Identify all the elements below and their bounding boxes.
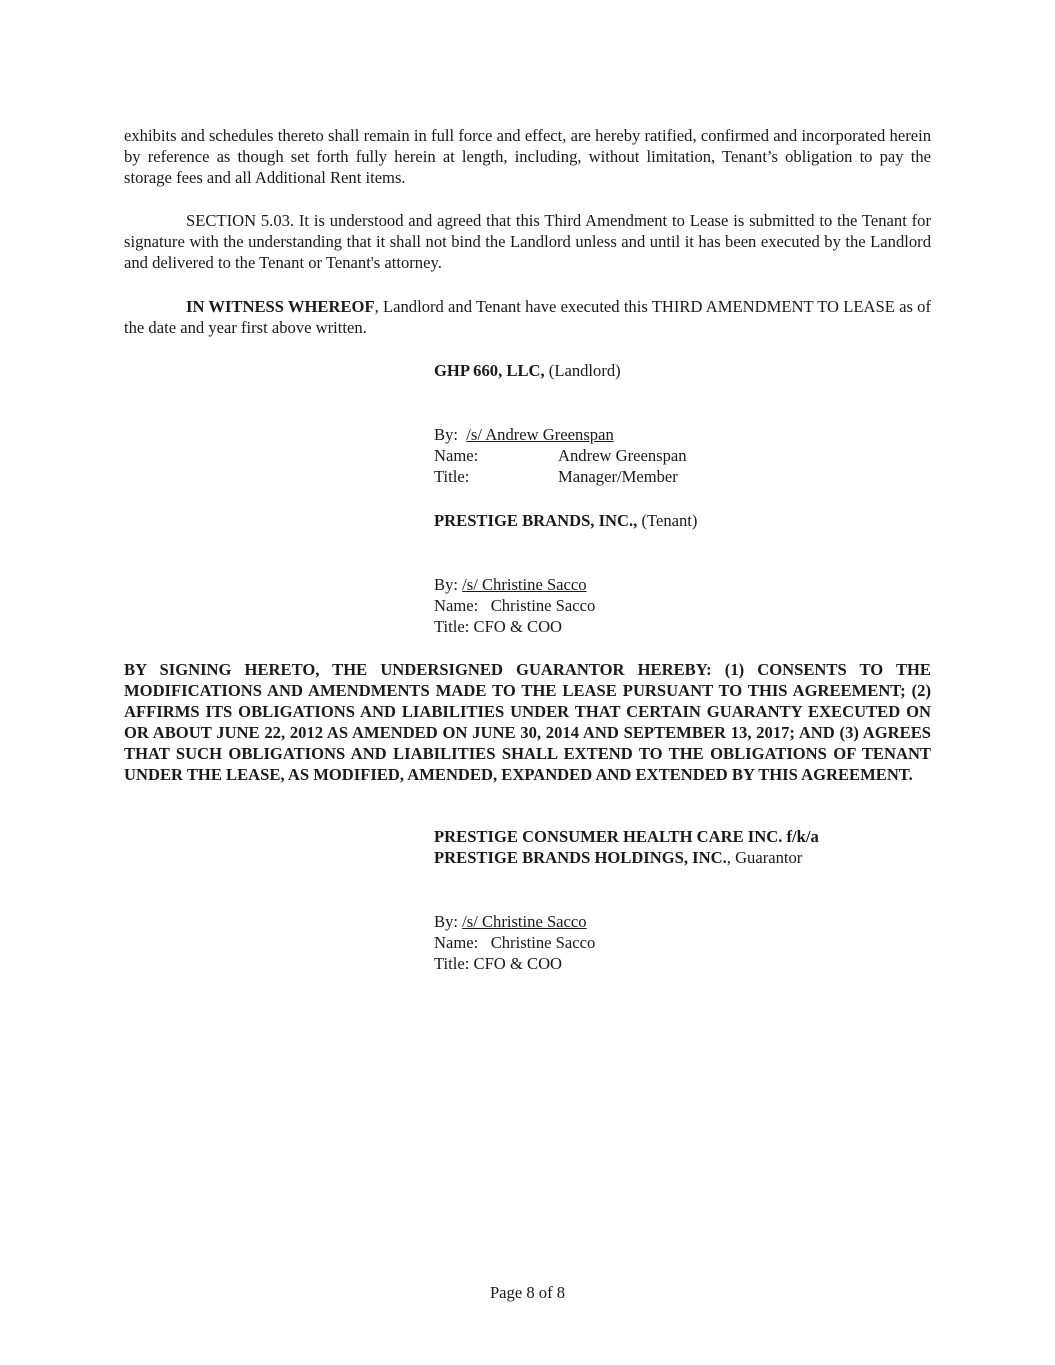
landlord-name-line: Name:Andrew Greenspan xyxy=(434,445,914,466)
witness-lead: IN WITNESS WHEREOF xyxy=(186,297,375,316)
tenant-by-label: By: xyxy=(434,575,458,594)
guarantor-signature: /s/ Christine Sacco xyxy=(462,912,586,931)
landlord-name-label: Name: xyxy=(434,445,558,466)
landlord-signature: /s/ Andrew Greenspan xyxy=(466,425,613,444)
guarantor-title-label: Title: xyxy=(434,954,469,973)
tenant-by-line: By: /s/ Christine Sacco xyxy=(434,574,914,595)
landlord-by-line: By: /s/ Andrew Greenspan xyxy=(434,424,914,445)
tenant-title-value: CFO & COO xyxy=(474,617,563,636)
guarantor-entity-line-1: PRESTIGE CONSUMER HEALTH CARE INC. f/k/a xyxy=(434,826,914,847)
guarantor-role: , Guarantor xyxy=(727,848,803,867)
tenant-signature: /s/ Christine Sacco xyxy=(462,575,586,594)
guarantor-title-value: CFO & COO xyxy=(474,954,563,973)
guarantor-title-line: Title: CFO & COO xyxy=(434,953,914,974)
tenant-title-label: Title: xyxy=(434,617,469,636)
tenant-name-value: Christine Sacco xyxy=(491,596,596,615)
continuation-paragraph: exhibits and schedules thereto shall rem… xyxy=(124,125,931,188)
landlord-entity-line: GHP 660, LLC, (Landlord) xyxy=(434,360,914,381)
landlord-role: (Landlord) xyxy=(545,361,621,380)
guarantor-by-line: By: /s/ Christine Sacco xyxy=(434,911,914,932)
guarantor-entity-line-2: PRESTIGE BRANDS HOLDINGS, INC., Guaranto… xyxy=(434,847,914,868)
landlord-title-value: Manager/Member xyxy=(558,467,678,486)
guarantor-by-label: By: xyxy=(434,912,458,931)
guarantor-signature-block: PRESTIGE CONSUMER HEALTH CARE INC. f/k/a… xyxy=(434,826,914,974)
tenant-signature-block: PRESTIGE BRANDS, INC., (Tenant) By: /s/ … xyxy=(434,510,914,637)
section-5-03-paragraph: SECTION 5.03. It is understood and agree… xyxy=(124,210,931,273)
page-number-footer: Page 8 of 8 xyxy=(0,1282,1055,1303)
landlord-entity-name: GHP 660, LLC, xyxy=(434,361,545,380)
tenant-name-line: Name: Christine Sacco xyxy=(434,595,914,616)
document-page: exhibits and schedules thereto shall rem… xyxy=(0,0,1055,1365)
guarantor-name-line: Name: Christine Sacco xyxy=(434,932,914,953)
landlord-name-value: Andrew Greenspan xyxy=(558,446,687,465)
witness-paragraph: IN WITNESS WHEREOF, Landlord and Tenant … xyxy=(124,296,931,338)
landlord-by-label: By: xyxy=(434,425,458,444)
guarantor-entity-name: PRESTIGE BRANDS HOLDINGS, INC. xyxy=(434,848,727,867)
tenant-title-line: Title: CFO & COO xyxy=(434,616,914,637)
guarantor-name-label: Name: xyxy=(434,933,478,952)
tenant-role: (Tenant) xyxy=(637,511,697,530)
tenant-entity-name: PRESTIGE BRANDS, INC., xyxy=(434,511,637,530)
guarantor-name-value: Christine Sacco xyxy=(491,933,596,952)
landlord-title-label: Title: xyxy=(434,466,558,487)
tenant-entity-line: PRESTIGE BRANDS, INC., (Tenant) xyxy=(434,510,914,531)
landlord-title-line: Title:Manager/Member xyxy=(434,466,914,487)
guaranty-paragraph: BY SIGNING HERETO, THE UNDERSIGNED GUARA… xyxy=(124,659,931,785)
tenant-name-label: Name: xyxy=(434,596,478,615)
landlord-signature-block: GHP 660, LLC, (Landlord) By: /s/ Andrew … xyxy=(434,360,914,487)
